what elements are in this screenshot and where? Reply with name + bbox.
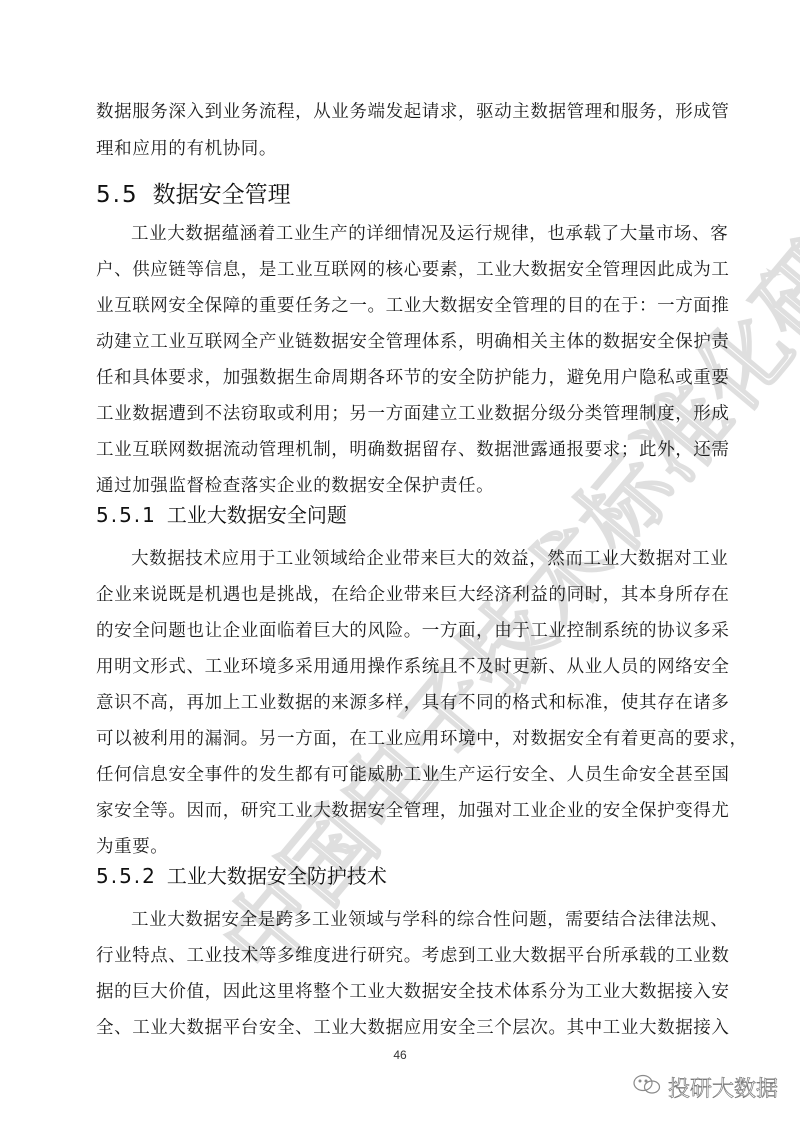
paragraph-line: 通过加强监督检查落实企业的数据安全保护责任。 <box>96 474 706 498</box>
paragraph-line: 理和应用的有机协同。 <box>96 137 706 161</box>
paragraph-line: 全、工业大数据平台安全、工业大数据应用安全三个层次。其中工业大数据接入 <box>96 1016 706 1040</box>
section-title: 数据安全管理 <box>153 182 291 208</box>
source-badge-label: 投研大数据 <box>668 1072 778 1103</box>
paragraph-line: 用明文形式、工业环境多采用通用操作系统且不及时更新、从业人员的网络安全 <box>96 655 706 679</box>
paragraph-line: 业互联网安全保障的重要任务之一。工业大数据安全管理的目的在于：一方面推 <box>96 294 706 318</box>
paragraph-line: 意识不高，再加上工业数据的来源多样，具有不同的格式和标准，使其存在诸多 <box>96 691 706 715</box>
paragraph-line: 行业特点、工业技术等多维度进行研究。考虑到工业大数据平台所承载的工业数 <box>96 944 706 968</box>
section-heading-5-5-1: 5.5.1工业大数据安全问题 <box>96 499 347 528</box>
paragraph-line: 据的巨大价值，因此这里将整个工业大数据安全技术体系分为工业大数据接入安 <box>96 980 706 1004</box>
section-heading-5-5-2: 5.5.2工业大数据安全防护技术 <box>96 860 387 889</box>
paragraph-line: 工业大数据蕴涵着工业生产的详细情况及运行规律，也承载了大量市场、客 <box>131 222 706 246</box>
paragraph-line: 工业数据遭到不法窃取或利用；另一方面建立工业数据分级分类管理制度，形成 <box>96 402 706 426</box>
paragraph-line: 工业互联网数据流动管理机制，明确数据留存、数据泄露通报要求；此外，还需 <box>96 438 706 462</box>
paragraph-line: 企业来说既是机遇也是挑战，在给企业带来巨大经济利益的同时，其本身所存在 <box>96 583 706 607</box>
paragraph-line: 为重要。 <box>96 835 706 859</box>
paragraph-line: 家安全等。因而，研究工业大数据安全管理，加强对工业企业的安全保护变得尤 <box>96 799 706 823</box>
paragraph-line: 工业大数据安全是跨多工业领域与学科的综合性问题，需要结合法律法规、 <box>131 908 706 932</box>
section-heading-5-5: 5.5数据安全管理 <box>96 176 291 209</box>
paragraph-line: 大数据技术应用于工业领域给企业带来巨大的效益，然而工业大数据对工业 <box>131 547 706 571</box>
paragraph-line: 户、供应链等信息，是工业互联网的核心要素，工业大数据安全管理因此成为工 <box>96 258 706 282</box>
section-number: 5.5.1 <box>96 503 157 527</box>
paragraph-line: 动建立工业互联网全产业链数据安全管理体系，明确相关主体的数据安全保护责 <box>96 330 706 354</box>
paragraph-line: 的安全问题也让企业面临着巨大的风险。一方面，由于工业控制系统的协议多采 <box>96 619 706 643</box>
section-title: 工业大数据安全问题 <box>167 503 347 527</box>
wechat-icon <box>632 1073 662 1103</box>
source-badge: 投研大数据 <box>632 1072 778 1103</box>
page-number: 46 <box>0 1048 800 1062</box>
paragraph-line: 任何信息安全事件的发生都有可能威胁工业生产运行安全、人员生命安全甚至国 <box>96 763 706 787</box>
section-title: 工业大数据安全防护技术 <box>167 864 387 888</box>
paragraph-line: 数据服务深入到业务流程，从业务端发起请求，驱动主数据管理和服务，形成管 <box>96 100 706 124</box>
section-number: 5.5 <box>96 182 139 208</box>
document-page: 中国电子技术标准化研究院 数据服务深入到业务流程，从业务端发起请求，驱动主数据管… <box>0 0 800 1131</box>
section-number: 5.5.2 <box>96 864 157 888</box>
paragraph-line: 任和具体要求，加强数据生命周期各环节的安全防护能力，避免用户隐私或重要 <box>96 366 706 390</box>
paragraph-line: 可以被利用的漏洞。另一方面，在工业应用环境中，对数据安全有着更高的要求， <box>96 727 706 751</box>
